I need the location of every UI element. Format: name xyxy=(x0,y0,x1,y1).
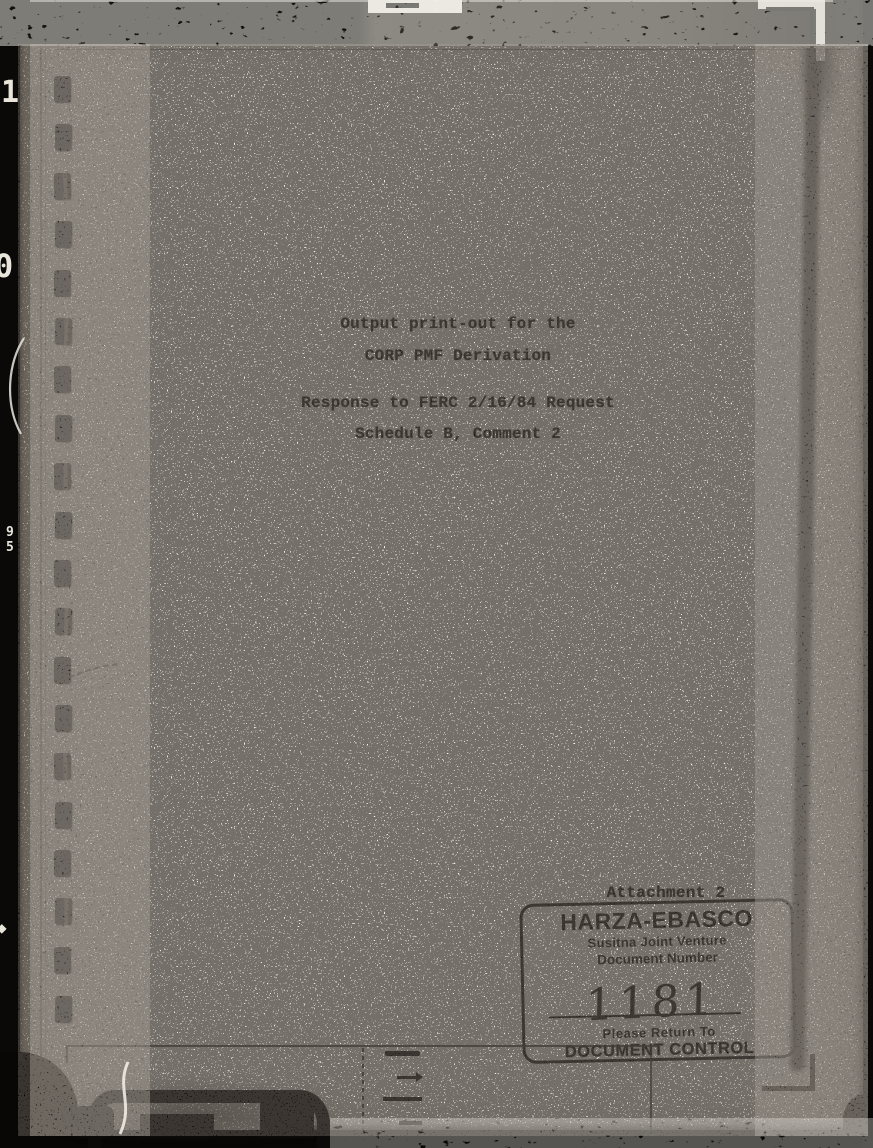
binding-hole xyxy=(55,608,73,635)
binding-hole xyxy=(54,173,71,200)
band-notch xyxy=(368,0,462,13)
registration-dash-top-icon xyxy=(386,3,419,8)
subject-line-1: Response to FERC 2/16/84 Request xyxy=(150,393,766,413)
binding-hole xyxy=(55,996,73,1023)
binder-handle-end xyxy=(260,1096,314,1138)
subject-line-2: Schedule B, Comment 2 xyxy=(150,424,766,444)
under-sheet-edge-tick xyxy=(66,1045,68,1063)
binding-hole xyxy=(55,898,73,925)
film-edge-char: 1 xyxy=(1,78,19,108)
title-line-1: Output print-out for the xyxy=(150,314,766,334)
binder-handle-base xyxy=(140,1114,214,1138)
document-control-stamp: HARZA-EBASCO Susitna Joint Venture Docum… xyxy=(519,898,797,1064)
under-sheet-edge-horizontal xyxy=(66,1045,658,1047)
film-edge-char: 5 xyxy=(6,541,14,554)
page-left-edge-line xyxy=(40,46,42,1058)
film-gap-strip xyxy=(20,0,33,1148)
binding-hole xyxy=(54,947,71,974)
film-edge-strip: 6 1 0 9 5 ◆ xyxy=(0,0,20,1148)
binding-hole xyxy=(54,463,71,490)
binding-hole xyxy=(54,850,71,877)
under-sheet-edge-vertical xyxy=(650,1045,652,1131)
scanned-document-page: 6 1 0 9 5 ◆ Output print-out for the COR… xyxy=(0,0,873,1148)
film-edge-char: 9 xyxy=(6,526,14,539)
film-right-edge xyxy=(863,0,873,1148)
registration-dash-icon xyxy=(385,1051,420,1056)
binding-hole xyxy=(55,221,73,248)
registration-dotted-line xyxy=(362,1048,364,1136)
binding-hole xyxy=(55,802,73,829)
registration-dash-icon xyxy=(399,1121,422,1125)
film-edge-mark: ◆ xyxy=(0,920,7,936)
title-line-2: CORP PMF Derivation xyxy=(150,346,766,366)
binding-hole xyxy=(54,76,71,103)
binder-handle-end xyxy=(74,1106,114,1138)
binding-hole xyxy=(54,270,71,297)
binding-hole xyxy=(55,705,73,732)
scan-top-band xyxy=(0,0,873,46)
stamp-number-area: 1181 xyxy=(524,965,793,1021)
binding-hole xyxy=(55,318,73,345)
corner-bracket-bottom-right-icon xyxy=(762,1054,815,1091)
binding-hole xyxy=(55,415,73,442)
corner-bracket-top-right-icon xyxy=(766,7,814,51)
binding-hole xyxy=(55,124,73,151)
binding-hole xyxy=(55,512,73,539)
binding-hole xyxy=(54,560,71,587)
registration-dash-icon xyxy=(383,1097,422,1101)
registration-arrow-icon xyxy=(397,1076,417,1079)
binding-hole xyxy=(54,657,71,684)
binding-hole xyxy=(54,753,71,780)
page-top-edge-line xyxy=(55,49,850,50)
page-left-edge-line xyxy=(45,46,46,1058)
binding-hole xyxy=(54,366,71,393)
film-edge-char: 0 xyxy=(0,250,13,282)
